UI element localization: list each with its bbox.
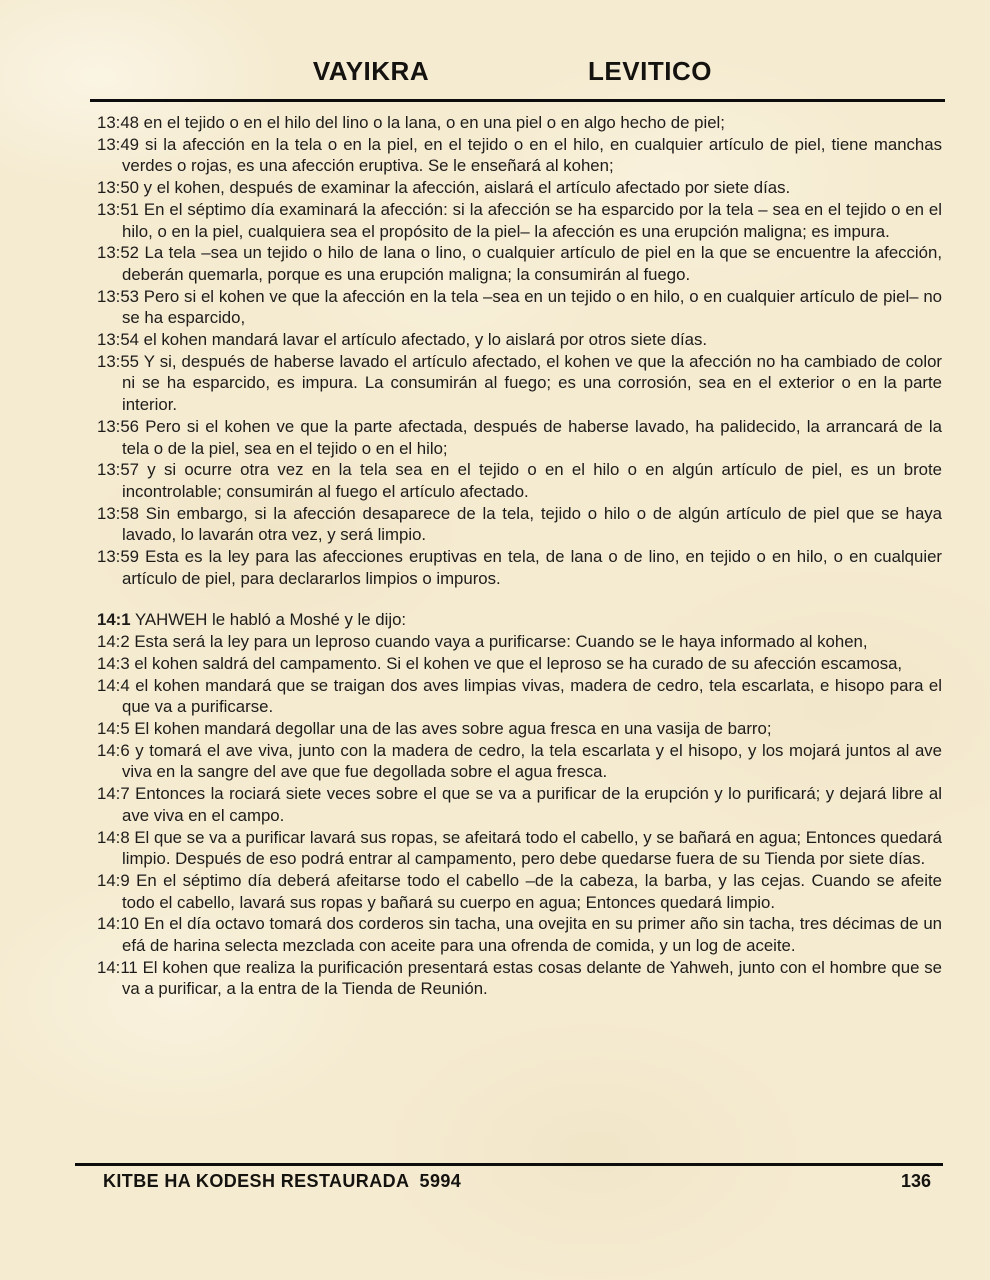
- verse-13-49: 13:49 si la afección en la tela o en la …: [97, 134, 942, 177]
- verse-number: 13:51: [97, 200, 139, 219]
- verse-13-55: 13:55 Y si, después de haberse lavado el…: [97, 351, 942, 416]
- verse-number: 13:56: [97, 417, 139, 436]
- verse-13-52: 13:52 La tela –sea un tejido o hilo de l…: [97, 242, 942, 285]
- verse-number: 13:54: [97, 330, 139, 349]
- verse-list: 13:48 en el tejido o en el hilo del lino…: [97, 112, 942, 1000]
- header-divider-rule: [90, 99, 945, 102]
- header-title-levitico: LEVITICO: [588, 56, 712, 87]
- verse-14-6: 14:6 y tomará el ave viva, junto con la …: [97, 740, 942, 783]
- verse-13-50: 13:50 y el kohen, después de examinar la…: [97, 177, 942, 199]
- verse-14-3: 14:3 el kohen saldrá del campamento. Si …: [97, 653, 942, 675]
- verse-number: 13:55: [97, 352, 139, 371]
- verse-number: 14:9: [97, 871, 130, 890]
- verse-13-53: 13:53 Pero si el kohen ve que la afecció…: [97, 286, 942, 329]
- verse-number: 13:50: [97, 178, 139, 197]
- verse-number: 13:57: [97, 460, 139, 479]
- verse-13-57: 13:57 y si ocurre otra vez en la tela se…: [97, 459, 942, 502]
- verse-13-54: 13:54 el kohen mandará lavar el artículo…: [97, 329, 942, 351]
- verse-13-59: 13:59 Esta es la ley para las afecciones…: [97, 546, 942, 589]
- verse-number: 14:10: [97, 914, 139, 933]
- verse-number: 13:49: [97, 135, 139, 154]
- verse-14-2: 14:2 Esta será la ley para un leproso cu…: [97, 631, 942, 653]
- verse-number: 14:11: [97, 958, 138, 977]
- footer-book-title: KITBE HA KODESH RESTAURADA 5994: [103, 1171, 461, 1192]
- footer-divider-rule: [75, 1163, 943, 1166]
- verse-number: 13:52: [97, 243, 139, 262]
- verse-13-48: 13:48 en el tejido o en el hilo del lino…: [97, 112, 942, 134]
- verse-13-51: 13:51 En el séptimo día examinará la afe…: [97, 199, 942, 242]
- verse-14-8: 14:8 El que se va a purificar lavará sus…: [97, 827, 942, 870]
- verse-number: 13:58: [97, 504, 139, 523]
- verse-number: 13:59: [97, 547, 139, 566]
- verse-number: 14:7: [97, 784, 130, 803]
- verse-13-58: 13:58 Sin embargo, si la afección desapa…: [97, 503, 942, 546]
- verse-13-56: 13:56 Pero si el kohen ve que la parte a…: [97, 416, 942, 459]
- verse-number: 13:53: [97, 287, 139, 306]
- verse-14-10: 14:10 En el día octavo tomará dos corder…: [97, 913, 942, 956]
- verse-14-9: 14:9 En el séptimo día deberá afeitarse …: [97, 870, 942, 913]
- verse-number: 13:48: [97, 113, 139, 132]
- verse-14-4: 14:4 el kohen mandará que se traigan dos…: [97, 675, 942, 718]
- document-page: VAYIKRA LEVITICO 13:48 en el tejido o en…: [0, 0, 990, 1280]
- verse-14-7: 14:7 Entonces la rociará siete veces sob…: [97, 783, 942, 826]
- footer-page-number: 136: [901, 1171, 931, 1192]
- verse-14-5: 14:5 El kohen mandará degollar una de la…: [97, 718, 942, 740]
- verse-number: 14:1: [97, 610, 131, 629]
- verse-number: 14:8: [97, 828, 130, 847]
- verse-number: 14:3: [97, 654, 130, 673]
- verse-number: 14:6: [97, 741, 130, 760]
- header-title-vayikra: VAYIKRA: [313, 56, 429, 87]
- verse-number: 14:2: [97, 632, 130, 651]
- verse-14-1: 14:1 YAHWEH le habló a Moshé y le dijo:: [97, 609, 942, 631]
- verse-number: 14:4: [97, 676, 130, 695]
- verse-number: 14:5: [97, 719, 130, 738]
- verse-14-11: 14:11 El kohen que realiza la purificaci…: [97, 957, 942, 1000]
